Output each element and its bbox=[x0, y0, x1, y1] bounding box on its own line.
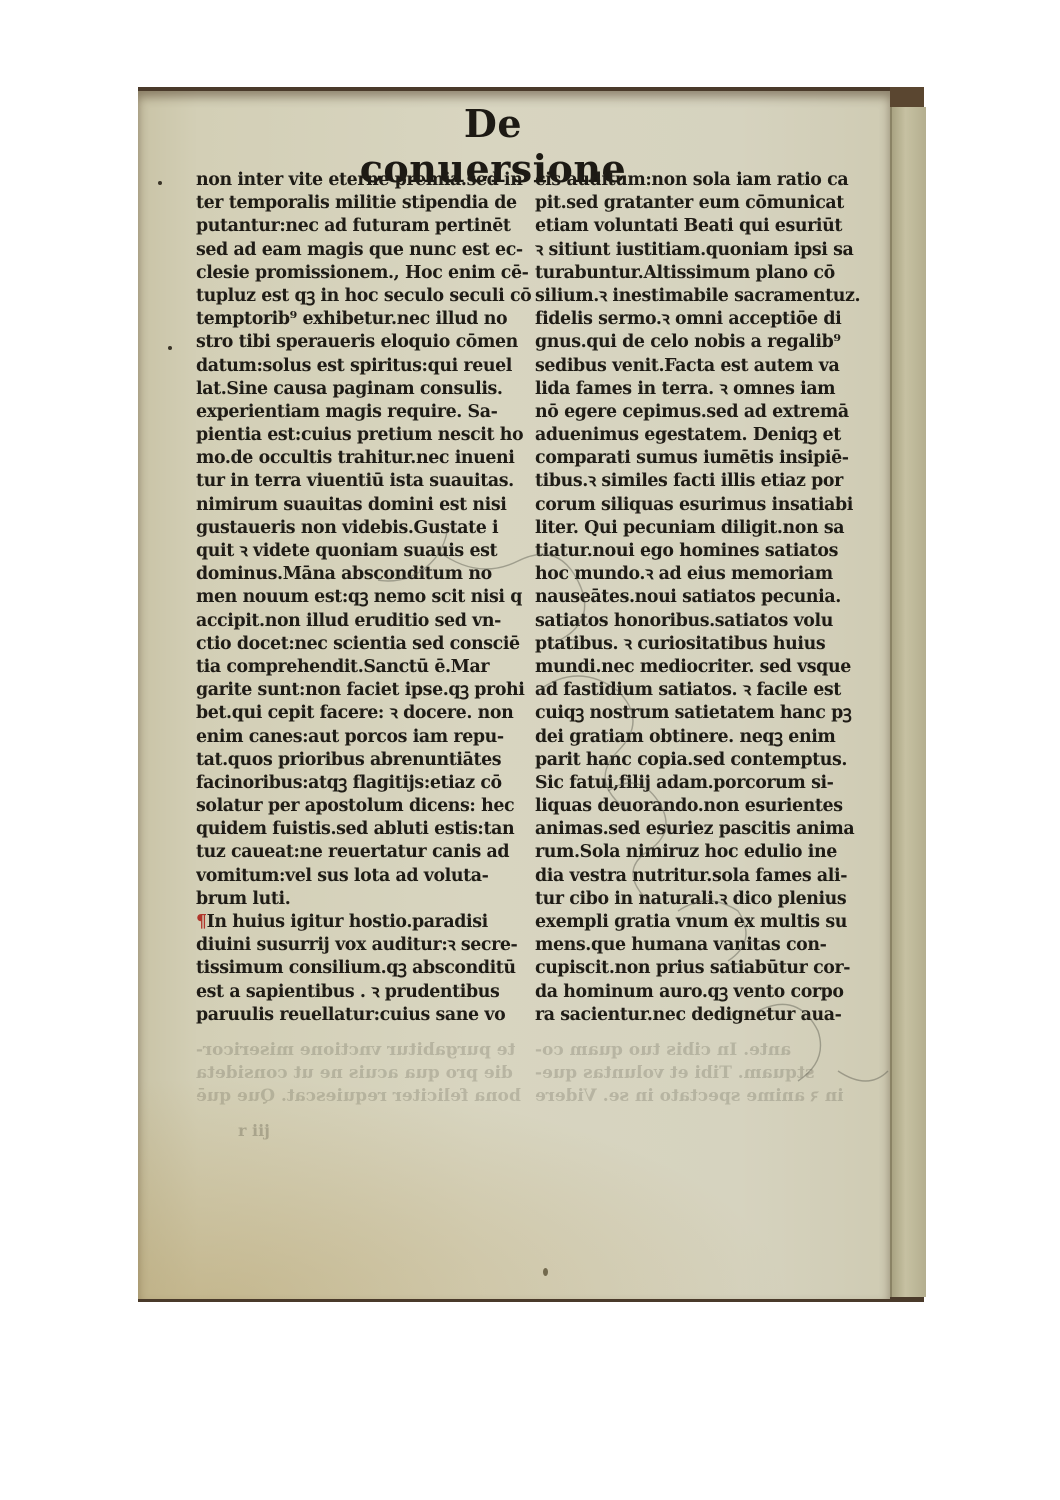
text-content: nimirum suauitas domini est nisi bbox=[196, 495, 506, 515]
text-line: cuiqꝫ nostrum satietatem hanc pꝫ bbox=[535, 702, 873, 725]
text-content: paruulis reuellatur:cuius sane vo bbox=[196, 1005, 505, 1025]
bleed-through-line: ante. In cibis tuo quam co- bbox=[535, 1039, 865, 1062]
text-line: dia vestra nutritur.sola fames ali- bbox=[535, 865, 873, 888]
text-line: datum:solus est spiritus:qui reuel bbox=[196, 355, 534, 378]
text-line: men nouum est:qꝫ nemo scit nisi q bbox=[196, 586, 534, 609]
text-line: quidem fuistis.sed abluti estis:tan bbox=[196, 818, 534, 841]
text-content: stro tibi speraueris eloquio cōmen bbox=[196, 332, 518, 352]
text-line: etiam voluntati Beati qui esuriūt bbox=[535, 215, 873, 238]
text-content: Sic fatui,filij adam.porcorum si- bbox=[535, 773, 833, 793]
ink-speck bbox=[543, 1268, 548, 1276]
text-content: ra sacientur.nec dedignetur aua- bbox=[535, 1005, 841, 1025]
text-line: tat.quos prioribus abrenuntiātes bbox=[196, 749, 534, 772]
text-content: mens.que humana vanitas con- bbox=[535, 935, 826, 955]
text-content: dei gratiam obtinere. neqꝫ enim bbox=[535, 727, 835, 747]
text-content: enim canes:aut porcos iam repu- bbox=[196, 727, 504, 747]
text-content: mundi.nec mediocriter. sed vsque bbox=[535, 657, 851, 677]
text-line: pit.sed gratanter eum cōmunicat bbox=[535, 192, 873, 215]
text-content: satiatos honoribus.satiatos volu bbox=[535, 611, 833, 631]
text-line: lida fames in terra. ꝛ omnes iam bbox=[535, 378, 873, 401]
page-scan: De conuersione non inter vite eterne pre… bbox=[138, 87, 924, 1302]
bleed-through-line: bona feliciter requiescat. Que quē bbox=[196, 1085, 536, 1108]
text-line: experientiam magis require. Sa- bbox=[196, 401, 534, 424]
text-content: putantur:nec ad futuram pertinēt bbox=[196, 216, 511, 236]
text-content: turabuntur.Altissimum plano cō bbox=[535, 263, 835, 283]
text-line: diuini susurrij vox auditur:ꝛ secre- bbox=[196, 934, 534, 957]
bleed-through-line: die pro qua acuis ne ut consideta bbox=[196, 1062, 536, 1085]
text-content: vomitum:vel sus lota ad voluta- bbox=[196, 866, 488, 886]
text-line: garite sunt:non faciet ipse.qꝫ prohi bbox=[196, 679, 534, 702]
text-line: enim canes:aut porcos iam repu- bbox=[196, 726, 534, 749]
text-content: nauseātes.noui satiatos pecunia. bbox=[535, 587, 841, 607]
text-line: tur cibo in naturali.ꝛ dico plenius bbox=[535, 888, 873, 911]
text-line: exempli gratia vnum ex multis su bbox=[535, 911, 873, 934]
text-line: tiatur.noui ego homines satiatos bbox=[535, 540, 873, 563]
text-content: brum luti. bbox=[196, 889, 290, 909]
text-line: tuz caueat:ne reuertatur canis ad bbox=[196, 841, 534, 864]
text-line: accipit.non illud eruditio sed vn- bbox=[196, 610, 534, 633]
text-line: vomitum:vel sus lota ad voluta- bbox=[196, 865, 534, 888]
text-line: silium.ꝛ inestimabile sacramentuz. bbox=[535, 285, 873, 308]
text-line: ꝛ sitiunt iustitiam.quoniam ipsi sa bbox=[535, 239, 873, 262]
text-line: solatur per apostolum dicens: hec bbox=[196, 795, 534, 818]
text-content: ad fastidium satiatos. ꝛ facile est bbox=[535, 680, 841, 700]
signature-mark: r iij bbox=[238, 1121, 270, 1140]
text-content: silium.ꝛ inestimabile sacramentuz. bbox=[535, 286, 860, 306]
text-line: satiatos honoribus.satiatos volu bbox=[535, 610, 873, 633]
text-line: tur in terra viuentiū ista suauitas. bbox=[196, 470, 534, 493]
text-content: quit ꝛ videte quoniam suauis est bbox=[196, 541, 497, 561]
text-line: dominus.Māna absconditum no bbox=[196, 563, 534, 586]
text-line: mo.de occultis trahitur.nec inueni bbox=[196, 447, 534, 470]
text-content: ter temporalis militie stipendia de bbox=[196, 193, 517, 213]
text-line: lat.Sine causa paginam consulis. bbox=[196, 378, 534, 401]
text-line: mens.que humana vanitas con- bbox=[535, 934, 873, 957]
text-content: sedibus venit.Facta est autem va bbox=[535, 356, 839, 376]
text-line: liter. Qui pecuniam diligit.non sa bbox=[535, 517, 873, 540]
text-content: nō egere cepimus.sed ad extremā bbox=[535, 402, 849, 422]
text-content: tur in terra viuentiū ista suauitas. bbox=[196, 471, 514, 491]
text-content: tiatur.noui ego homines satiatos bbox=[535, 541, 838, 561]
text-line: comparati sumus iumētis insipiē- bbox=[535, 447, 873, 470]
ink-speck bbox=[158, 181, 162, 185]
text-content: ptatibus. ꝛ curiositatibus huius bbox=[535, 634, 825, 654]
text-content: ꝛ sitiunt iustitiam.quoniam ipsi sa bbox=[535, 240, 853, 260]
text-content: facinoribus:atqꝫ flagitijs:etiaz cō bbox=[196, 773, 502, 793]
text-line: sedibus venit.Facta est autem va bbox=[535, 355, 873, 378]
text-line: gnus.qui de celo nobis a regalib⁹ bbox=[535, 331, 873, 354]
text-line: ptatibus. ꝛ curiositatibus huius bbox=[535, 633, 873, 656]
text-line: tupluz est qꝫ in hoc seculo seculi cō bbox=[196, 285, 534, 308]
text-line: nō egere cepimus.sed ad extremā bbox=[535, 401, 873, 424]
text-content: sed ad eam magis que nunc est ec- bbox=[196, 240, 523, 260]
text-line: sed ad eam magis que nunc est ec- bbox=[196, 239, 534, 262]
text-content: ctio docet:nec scientia sed consciē bbox=[196, 634, 520, 654]
text-line: paruulis reuellatur:cuius sane vo bbox=[196, 1004, 534, 1027]
text-content: cupiscit.non prius satiabūtur cor- bbox=[535, 958, 850, 978]
text-content: tibus.ꝛ similes facti illis etiaz por bbox=[535, 471, 843, 491]
text-line: ctio docet:nec scientia sed consciē bbox=[196, 633, 534, 656]
text-line: hoc mundo.ꝛ ad eius memoriam bbox=[535, 563, 873, 586]
binding-edge-top bbox=[890, 87, 924, 109]
left-column: non inter vite eterne premia.sed inter t… bbox=[196, 169, 534, 1027]
adjacent-page-edge bbox=[890, 107, 926, 1297]
text-content: tat.quos prioribus abrenuntiātes bbox=[196, 750, 501, 770]
text-content: datum:solus est spiritus:qui reuel bbox=[196, 356, 512, 376]
text-line: parit hanc copia.sed contemptus. bbox=[535, 749, 873, 772]
text-line: quit ꝛ videte quoniam suauis est bbox=[196, 540, 534, 563]
text-line: turabuntur.Altissimum plano cō bbox=[535, 262, 873, 285]
text-line: bet.qui cepit facere: ꝛ docere. non bbox=[196, 702, 534, 725]
bleed-through-line: in ꝛ anime spectato in se. Videre bbox=[535, 1085, 865, 1108]
text-content: corum siliquas esurimus insatiabi bbox=[535, 495, 853, 515]
right-column: cis auditum:non sola iam ratio capit.sed… bbox=[535, 169, 873, 1027]
text-content: rum.Sola nimiruz hoc edulio ine bbox=[535, 842, 837, 862]
text-content: liquas deuorando.non esurientes bbox=[535, 796, 843, 816]
text-content: bet.qui cepit facere: ꝛ docere. non bbox=[196, 703, 513, 723]
text-content: fidelis sermo.ꝛ omni acceptiōe di bbox=[535, 309, 841, 329]
text-line: tia comprehendit.Sanctū ē.Mar bbox=[196, 656, 534, 679]
bleed-through-left: te purgabitur vnctione misericor-die pro… bbox=[196, 1039, 536, 1108]
text-line: clesie promissionem., Hoc enim cē- bbox=[196, 262, 534, 285]
text-content: men nouum est:qꝫ nemo scit nisi q bbox=[196, 587, 522, 607]
text-line: cupiscit.non prius satiabūtur cor- bbox=[535, 957, 873, 980]
text-content: tuz caueat:ne reuertatur canis ad bbox=[196, 842, 509, 862]
text-content: gnus.qui de celo nobis a regalib⁹ bbox=[535, 332, 841, 352]
text-line: nauseātes.noui satiatos pecunia. bbox=[535, 586, 873, 609]
text-line: stro tibi speraueris eloquio cōmen bbox=[196, 331, 534, 354]
text-content: tissimum consilium.qꝫ absconditū bbox=[196, 958, 516, 978]
text-line: est a sapientibus . ꝛ prudentibus bbox=[196, 981, 534, 1004]
text-content: animas.sed esuriez pascitis anima bbox=[535, 819, 854, 839]
text-line: non inter vite eterne premia.sed in bbox=[196, 169, 534, 192]
text-content: clesie promissionem., Hoc enim cē- bbox=[196, 263, 528, 283]
text-content: lat.Sine causa paginam consulis. bbox=[196, 379, 503, 399]
text-content: gustaueris non videbis.Gustate i bbox=[196, 518, 498, 538]
text-content: accipit.non illud eruditio sed vn- bbox=[196, 611, 501, 631]
text-content: solatur per apostolum dicens: hec bbox=[196, 796, 514, 816]
text-content: da hominum auro.qꝫ vento corpo bbox=[535, 982, 844, 1002]
text-content: etiam voluntati Beati qui esuriūt bbox=[535, 216, 842, 236]
bleed-through-line: stquam. Tibi et voluntas que- bbox=[535, 1062, 865, 1085]
text-content: cis auditum:non sola iam ratio ca bbox=[535, 170, 848, 190]
text-content: tur cibo in naturali.ꝛ dico plenius bbox=[535, 889, 846, 909]
text-line: ra sacientur.nec dedignetur aua- bbox=[535, 1004, 873, 1027]
text-line: ¶In huius igitur hostio.paradisi bbox=[196, 911, 534, 934]
text-content: parit hanc copia.sed contemptus. bbox=[535, 750, 847, 770]
text-line: fidelis sermo.ꝛ omni acceptiōe di bbox=[535, 308, 873, 331]
bleed-through-line: te purgabitur vnctione misericor- bbox=[196, 1039, 536, 1062]
text-line: aduenimus egestatem. Deniqꝫ et bbox=[535, 424, 873, 447]
text-content: In huius igitur hostio.paradisi bbox=[207, 912, 488, 932]
text-content: lida fames in terra. ꝛ omnes iam bbox=[535, 379, 835, 399]
text-content: pit.sed gratanter eum cōmunicat bbox=[535, 193, 844, 213]
text-line: pientia est:cuius pretium nescit ho bbox=[196, 424, 534, 447]
text-line: nimirum suauitas domini est nisi bbox=[196, 494, 534, 517]
text-line: animas.sed esuriez pascitis anima bbox=[535, 818, 873, 841]
text-content: mo.de occultis trahitur.nec inueni bbox=[196, 448, 515, 468]
text-line: liquas deuorando.non esurientes bbox=[535, 795, 873, 818]
text-content: liter. Qui pecuniam diligit.non sa bbox=[535, 518, 844, 538]
text-line: da hominum auro.qꝫ vento corpo bbox=[535, 981, 873, 1004]
text-line: rum.Sola nimiruz hoc edulio ine bbox=[535, 841, 873, 864]
text-content: temptorib⁹ exhibetur.nec illud no bbox=[196, 309, 507, 329]
text-line: temptorib⁹ exhibetur.nec illud no bbox=[196, 308, 534, 331]
text-content: non inter vite eterne premia.sed in bbox=[196, 170, 523, 190]
text-line: putantur:nec ad futuram pertinēt bbox=[196, 215, 534, 238]
text-line: tibus.ꝛ similes facti illis etiaz por bbox=[535, 470, 873, 493]
text-content: tia comprehendit.Sanctū ē.Mar bbox=[196, 657, 489, 677]
text-line: cis auditum:non sola iam ratio ca bbox=[535, 169, 873, 192]
text-content: diuini susurrij vox auditur:ꝛ secre- bbox=[196, 935, 517, 955]
text-content: tupluz est qꝫ in hoc seculo seculi cō bbox=[196, 286, 531, 306]
text-line: Sic fatui,filij adam.porcorum si- bbox=[535, 772, 873, 795]
text-content: comparati sumus iumētis insipiē- bbox=[535, 448, 849, 468]
text-line: corum siliquas esurimus insatiabi bbox=[535, 494, 873, 517]
text-content: dia vestra nutritur.sola fames ali- bbox=[535, 866, 847, 886]
text-content: aduenimus egestatem. Deniqꝫ et bbox=[535, 425, 841, 445]
text-line: dei gratiam obtinere. neqꝫ enim bbox=[535, 726, 873, 749]
text-line: facinoribus:atqꝫ flagitijs:etiaz cō bbox=[196, 772, 534, 795]
book-page: De conuersione non inter vite eterne pre… bbox=[138, 91, 890, 1299]
paragraph-mark-icon: ¶ bbox=[196, 912, 207, 932]
text-content: pientia est:cuius pretium nescit ho bbox=[196, 425, 523, 445]
text-content: hoc mundo.ꝛ ad eius memoriam bbox=[535, 564, 833, 584]
text-content: garite sunt:non faciet ipse.qꝫ prohi bbox=[196, 680, 524, 700]
bleed-through-right: ante. In cibis tuo quam co-stquam. Tibi … bbox=[535, 1039, 865, 1108]
text-content: dominus.Māna absconditum no bbox=[196, 564, 492, 584]
text-content: est a sapientibus . ꝛ prudentibus bbox=[196, 982, 499, 1002]
ink-speck bbox=[168, 346, 172, 350]
text-content: quidem fuistis.sed abluti estis:tan bbox=[196, 819, 514, 839]
text-line: tissimum consilium.qꝫ absconditū bbox=[196, 957, 534, 980]
text-line: ad fastidium satiatos. ꝛ facile est bbox=[535, 679, 873, 702]
text-content: experientiam magis require. Sa- bbox=[196, 402, 497, 422]
text-line: mundi.nec mediocriter. sed vsque bbox=[535, 656, 873, 679]
text-line: gustaueris non videbis.Gustate i bbox=[196, 517, 534, 540]
text-content: exempli gratia vnum ex multis su bbox=[535, 912, 847, 932]
text-content: cuiqꝫ nostrum satietatem hanc pꝫ bbox=[535, 703, 851, 723]
text-line: brum luti. bbox=[196, 888, 534, 911]
text-line: ter temporalis militie stipendia de bbox=[196, 192, 534, 215]
